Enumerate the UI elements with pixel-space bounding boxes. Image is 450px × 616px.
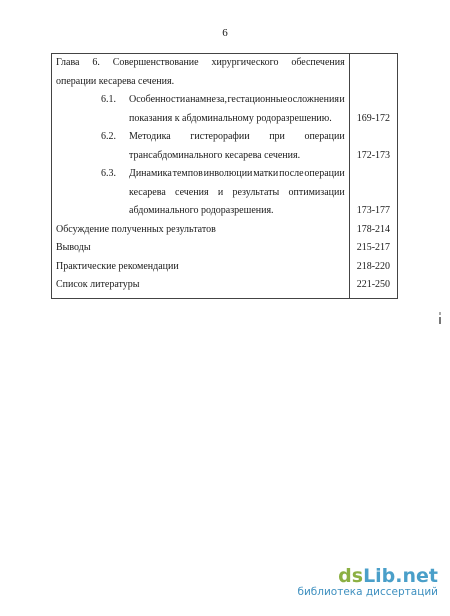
entry-title-cell: Обсуждение полученных результатов xyxy=(52,221,350,240)
section-number: 6.2. xyxy=(52,128,129,165)
section-word: темпов xyxy=(173,165,203,184)
chapter-word: Совершенствование xyxy=(113,54,199,73)
logo-subtitle: библиотека диссертаций xyxy=(297,586,438,599)
section-word: Методика xyxy=(129,128,171,147)
section-word: гестационные xyxy=(227,91,287,110)
section-title-cell: 6.3. Динамика темпов инволюции матки пос… xyxy=(52,165,350,221)
chapter-word: хирургического xyxy=(211,54,278,73)
toc-entry-row: Список литературы 221-250 xyxy=(52,276,398,298)
chapter-pages xyxy=(349,54,397,92)
section-title-cell: 6.2. Методика гистерорафии при операции … xyxy=(52,128,350,165)
section-pages: 172-173 xyxy=(349,128,397,165)
section-number: 6.3. xyxy=(52,165,129,221)
entry-pages: 221-250 xyxy=(349,276,397,298)
logo-brand: dsLib.net xyxy=(297,566,438,586)
section-word: и xyxy=(218,184,223,203)
section-title-cell: 6.1. Особенности анамнеза, гестационные … xyxy=(52,91,350,128)
section-word: операции xyxy=(304,128,344,147)
section-word: операции xyxy=(304,165,344,184)
section-word: Динамика xyxy=(129,165,172,184)
section-word: сечения xyxy=(175,184,209,203)
chapter-word: обеспечения xyxy=(291,54,344,73)
entry-pages: 215-217 xyxy=(349,239,397,258)
scan-margin-mark xyxy=(439,312,441,324)
section-word: оптимизации xyxy=(289,184,345,203)
section-word: инволюции xyxy=(204,165,253,184)
section-word: анамнеза, xyxy=(186,91,227,110)
section-pages: 169-172 xyxy=(349,91,397,128)
section-word: матки xyxy=(253,165,278,184)
chapter-title: Глава 6. Совершенствование хирургическог… xyxy=(52,54,350,92)
logo-brand-lib: Lib.net xyxy=(363,565,438,587)
toc-section-row: 6.1. Особенности анамнеза, гестационные … xyxy=(52,91,398,128)
section-word: Особенности xyxy=(129,91,185,110)
section-word: осложнения xyxy=(287,91,338,110)
toc-entry-row: Выводы 215-217 xyxy=(52,239,398,258)
toc-chapter-row: Глава 6. Совершенствование хирургическог… xyxy=(52,54,398,92)
watermark-logo: dsLib.net библиотека диссертаций xyxy=(297,566,438,599)
section-word: и xyxy=(339,91,344,110)
toc-section-row: 6.3. Динамика темпов инволюции матки пос… xyxy=(52,165,398,221)
entry-title: Практические рекомендации xyxy=(52,258,349,277)
chapter-title-line2: операции кесарева сечения. xyxy=(56,73,345,92)
entry-title-cell: Практические рекомендации xyxy=(52,258,350,277)
section-pages: 173-177 xyxy=(349,165,397,221)
page-number: 6 xyxy=(0,27,450,39)
section-word: кесарева xyxy=(129,184,166,203)
entry-title: Список литературы xyxy=(52,276,349,295)
table-of-contents: Глава 6. Совершенствование хирургическог… xyxy=(51,53,398,299)
chapter-word: Глава xyxy=(56,54,80,73)
entry-title-cell: Выводы xyxy=(52,239,350,258)
toc-entry-row: Обсуждение полученных результатов 178-21… xyxy=(52,221,398,240)
entry-pages: 178-214 xyxy=(349,221,397,240)
section-title-line3: абдоминального родоразрешения. xyxy=(129,202,345,221)
entry-title: Обсуждение полученных результатов xyxy=(52,221,349,240)
entry-title-cell: Список литературы xyxy=(52,276,350,298)
section-word: гистерорафии xyxy=(190,128,249,147)
logo-brand-ds: ds xyxy=(338,565,363,587)
toc-entry-row: Практические рекомендации 218-220 xyxy=(52,258,398,277)
entry-pages: 218-220 xyxy=(349,258,397,277)
section-number: 6.1. xyxy=(52,91,129,128)
section-word: после xyxy=(279,165,303,184)
toc-section-row: 6.2. Методика гистерорафии при операции … xyxy=(52,128,398,165)
section-word: при xyxy=(269,128,285,147)
section-title-line2: показания к абдоминальному родоразрешени… xyxy=(129,110,345,129)
section-title-line2: трансабдоминального кесарева сечения. xyxy=(129,147,345,166)
entry-title: Выводы xyxy=(52,239,349,258)
section-word: результаты xyxy=(232,184,279,203)
chapter-word: 6. xyxy=(92,54,100,73)
